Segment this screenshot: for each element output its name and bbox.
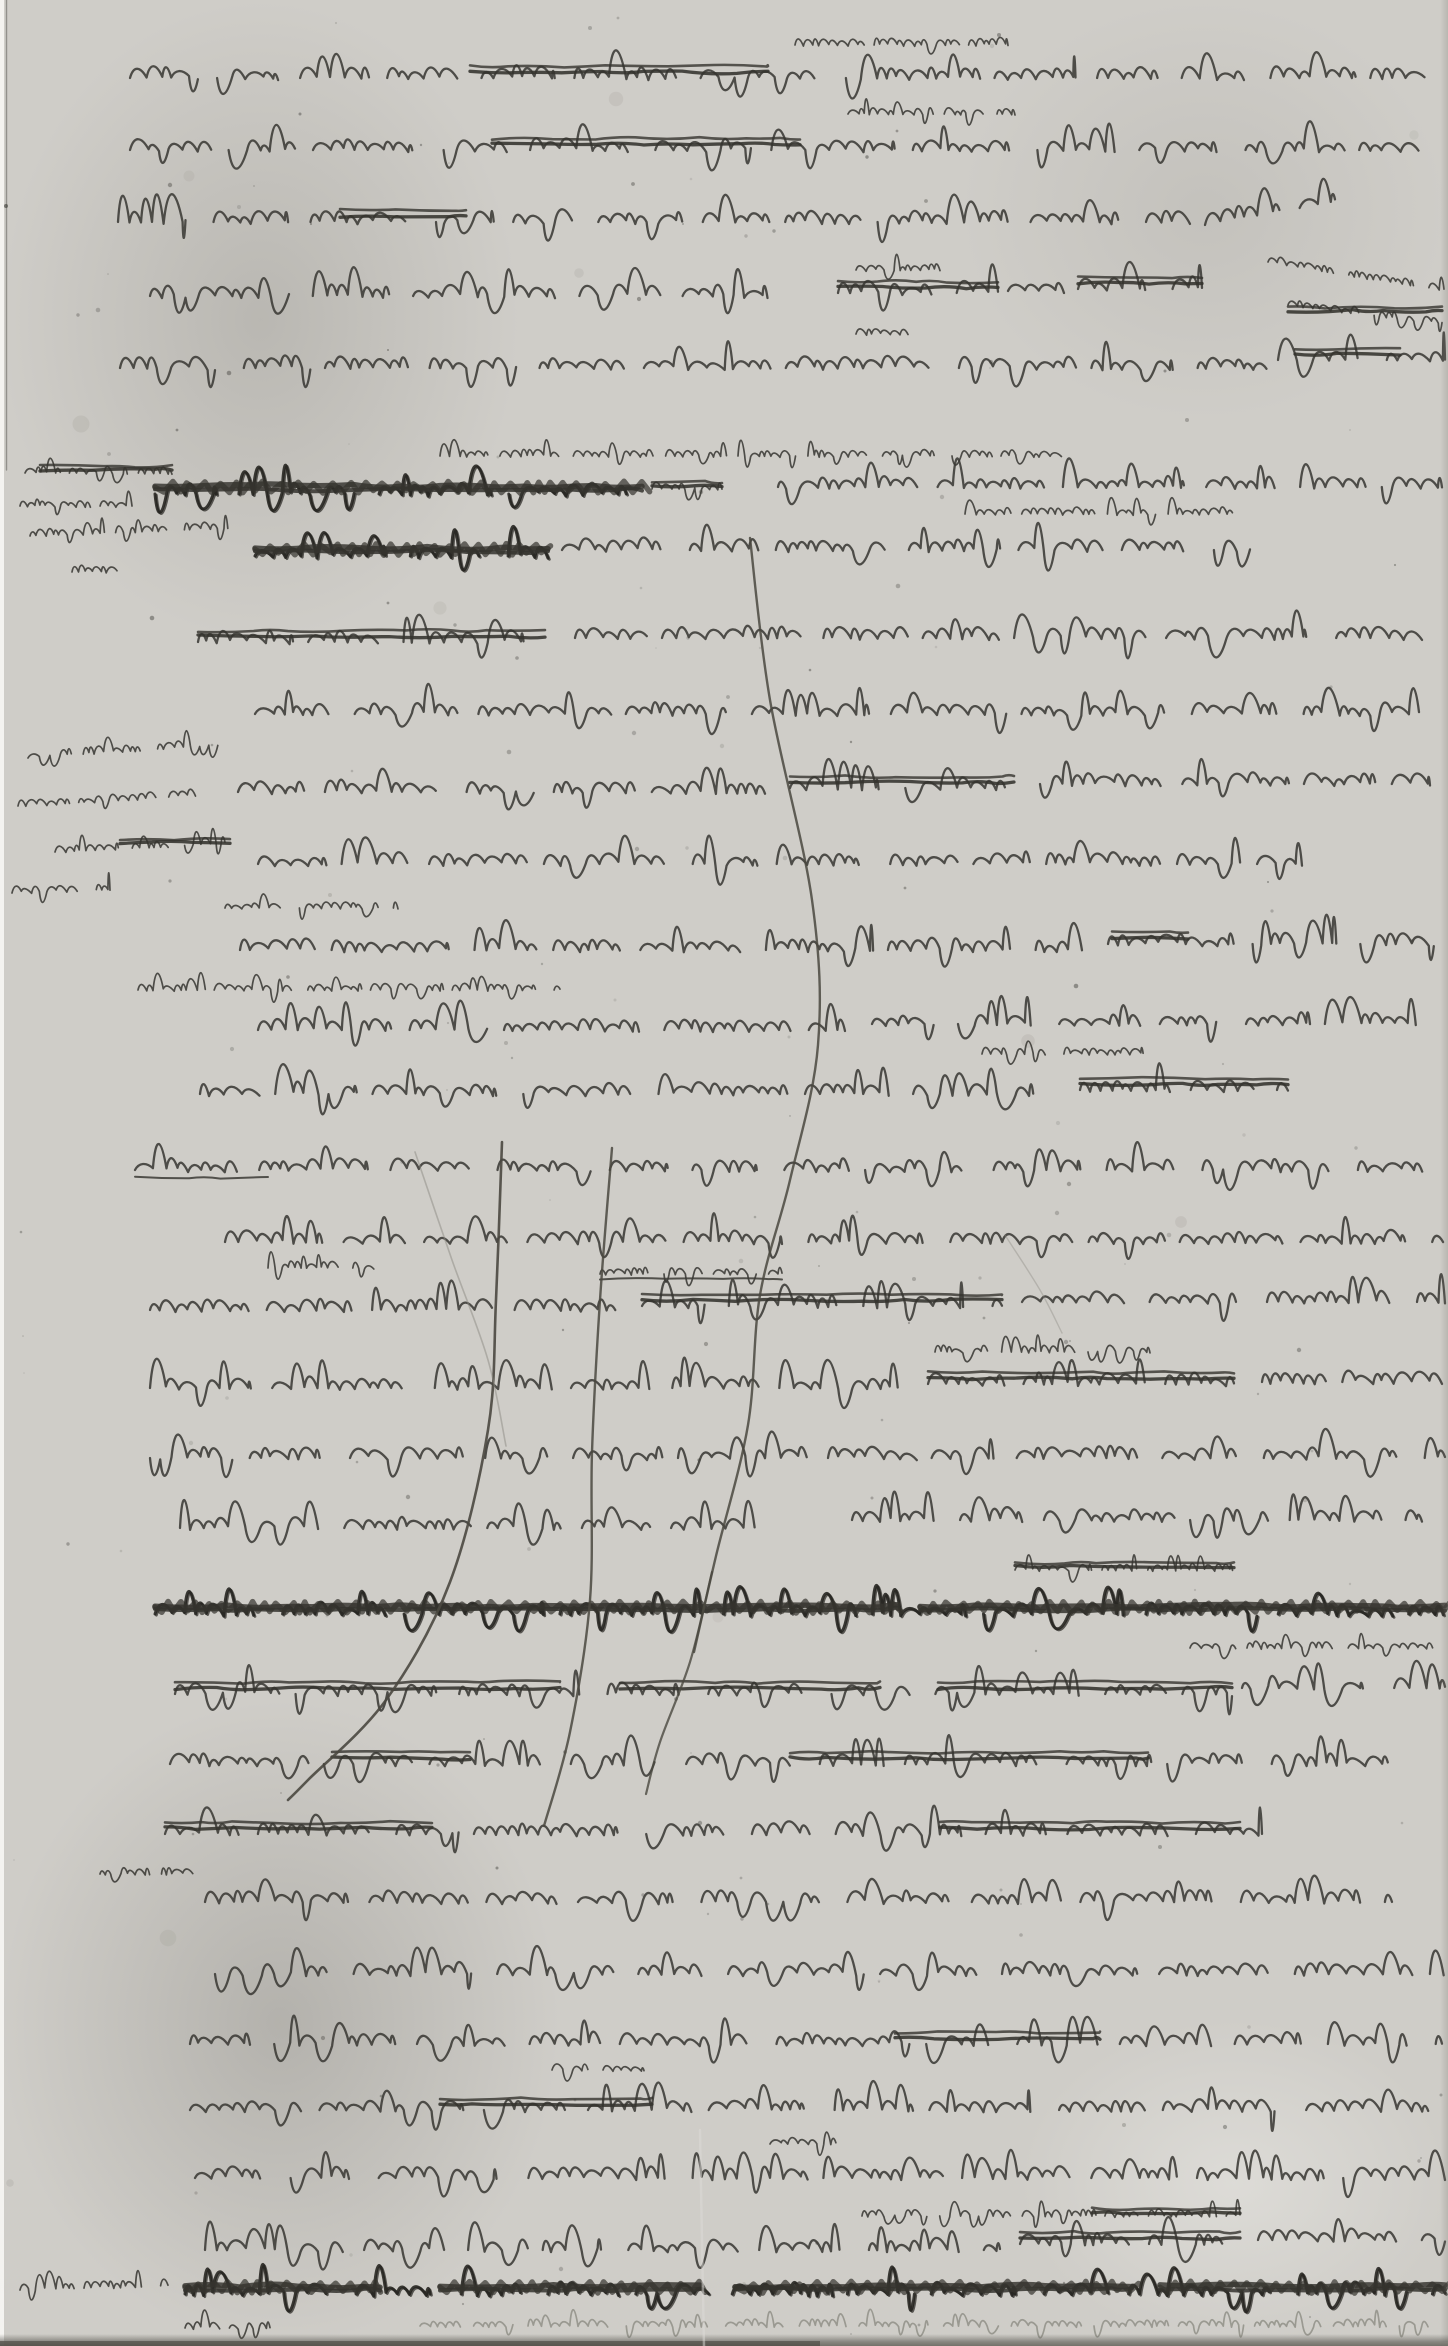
paper-speck xyxy=(1122,2123,1126,2127)
paper-speck xyxy=(1055,1211,1059,1215)
strikethrough-mark xyxy=(440,2104,652,2105)
paper-smudge xyxy=(574,268,584,278)
paper-speck xyxy=(1270,909,1273,912)
paper-speck xyxy=(871,1497,874,1500)
strikethrough-mark xyxy=(938,1687,1232,1690)
paper-speck xyxy=(707,1913,709,1915)
strikethrough-mark xyxy=(790,1751,1148,1753)
paper-smudge xyxy=(184,171,195,182)
paper-speck xyxy=(107,273,109,275)
paper-speck xyxy=(924,199,928,203)
paper-speck xyxy=(507,750,512,755)
strikethrough-mark xyxy=(1078,277,1202,279)
paper-speck xyxy=(225,1698,227,1700)
strikethrough-mark xyxy=(928,1371,1234,1373)
paper-speck xyxy=(1417,2159,1420,2162)
paper-speck xyxy=(690,1752,692,1754)
paper-speck xyxy=(640,587,643,590)
paper-speck xyxy=(632,731,636,735)
paper-smudge xyxy=(609,92,623,106)
paper-speck xyxy=(850,741,852,743)
paper-speck xyxy=(1167,1233,1172,1238)
paper-speck xyxy=(1247,2025,1251,2029)
paper-speck xyxy=(230,1047,234,1051)
paper-speck xyxy=(940,495,944,499)
paper-speck xyxy=(280,1792,282,1794)
paper-speck xyxy=(351,770,354,773)
paper-speck xyxy=(754,1216,757,1219)
paper-speck xyxy=(740,1877,743,1880)
paper-speck xyxy=(772,229,775,232)
paper-smudge xyxy=(73,416,90,433)
paper-speck xyxy=(685,846,688,849)
paper-speck xyxy=(904,887,907,890)
paper-speck xyxy=(96,308,101,313)
paper-speck xyxy=(588,26,592,30)
paper-speck xyxy=(527,1547,531,1551)
paper-speck xyxy=(22,1335,24,1337)
paper-speck xyxy=(192,1833,195,1836)
paper-speck xyxy=(655,647,657,649)
paper-speck xyxy=(515,656,519,660)
paper-speck xyxy=(20,1231,23,1234)
paper-speck xyxy=(726,695,730,699)
paper-speck xyxy=(310,223,312,225)
paper-speck xyxy=(194,2191,197,2194)
paper-speck xyxy=(335,22,337,24)
strikethrough-mark xyxy=(1015,1566,1234,1568)
paper-speck xyxy=(990,44,994,48)
paper-speck xyxy=(1222,1063,1224,1065)
paper-speck xyxy=(1311,1450,1314,1453)
paper-speck xyxy=(504,1041,508,1045)
paper-speck xyxy=(1297,1348,1301,1352)
paper-texture xyxy=(0,0,1448,2346)
paper-smudge xyxy=(433,601,446,614)
strikethrough-mark xyxy=(1112,937,1188,939)
paper-smudge xyxy=(1175,1216,1187,1228)
paper-speck xyxy=(881,1419,884,1422)
paper-speck xyxy=(1194,1589,1196,1591)
paper-speck xyxy=(349,2253,352,2256)
paper-speck xyxy=(720,744,724,748)
paper-speck xyxy=(1020,1903,1022,1905)
paper-speck xyxy=(483,1738,485,1740)
paper-speck xyxy=(406,1495,410,1499)
paper-speck xyxy=(387,602,390,605)
paper-speck xyxy=(997,33,1001,37)
light-patch xyxy=(1020,2020,1448,2346)
paper-speck xyxy=(1069,1340,1071,1342)
paper-speck xyxy=(1349,1583,1351,1585)
paper-speck xyxy=(321,2036,325,2040)
paper-speck xyxy=(227,371,232,376)
corner-shadow xyxy=(0,0,520,640)
paper-speck xyxy=(690,178,693,181)
paper-speck xyxy=(1267,881,1269,883)
strikethrough-mark xyxy=(332,1751,470,1752)
paper-speck xyxy=(788,1036,791,1039)
paper-speck xyxy=(856,1211,859,1214)
paper-speck xyxy=(1394,564,1396,566)
paper-speck xyxy=(1064,1340,1068,1344)
paper-speck xyxy=(436,1763,439,1766)
paper-speck xyxy=(744,234,747,237)
paper-speck xyxy=(896,130,899,133)
paper-speck xyxy=(1035,1650,1037,1652)
paper-speck xyxy=(559,2267,563,2271)
paper-speck xyxy=(348,443,350,445)
paper-speck xyxy=(635,847,639,851)
paper-speck xyxy=(637,297,641,301)
paper-speck xyxy=(497,456,500,459)
paper-speck xyxy=(286,975,290,979)
paper-speck xyxy=(120,1550,123,1553)
paper-speck xyxy=(562,1329,564,1331)
paper-speck xyxy=(511,1057,513,1059)
manuscript-page xyxy=(0,0,1448,2346)
manuscript-scan xyxy=(0,0,1448,2346)
paper-speck xyxy=(448,162,450,164)
paper-speck xyxy=(1242,1133,1245,1136)
paper-speck xyxy=(935,646,938,649)
paper-speck xyxy=(1067,1182,1071,1186)
paper-speck xyxy=(237,205,241,209)
paper-speck xyxy=(912,1277,916,1281)
paper-speck xyxy=(908,1322,910,1324)
paper-speck xyxy=(447,1022,449,1024)
paper-speck xyxy=(496,1867,499,1870)
paper-speck xyxy=(1354,1146,1357,1149)
paper-smudge xyxy=(1409,130,1418,139)
paper-speck xyxy=(211,744,214,747)
paper-speck xyxy=(107,452,111,456)
paper-speck xyxy=(23,1372,25,1374)
paper-speck xyxy=(176,429,179,432)
paper-speck xyxy=(1019,1933,1023,1937)
paper-speck xyxy=(617,17,620,20)
paper-speck xyxy=(1074,984,1079,989)
paper-speck xyxy=(1000,1889,1003,1892)
paper-speck xyxy=(76,313,79,316)
strikethrough-mark xyxy=(1112,932,1188,933)
paper-speck xyxy=(1401,1822,1404,1825)
strikethrough-mark xyxy=(492,143,800,145)
strikethrough-mark xyxy=(340,216,466,218)
paper-speck xyxy=(989,367,991,369)
paper-speck xyxy=(13,1859,15,1861)
paper-speck xyxy=(66,1542,69,1545)
paper-speck xyxy=(809,669,812,672)
paper-speck xyxy=(387,349,389,351)
paper-speck xyxy=(299,113,302,116)
paper-speck xyxy=(328,893,332,897)
paper-speck xyxy=(918,2324,921,2327)
paper-speck xyxy=(865,155,868,158)
paper-speck xyxy=(253,185,255,187)
paper-speck xyxy=(446,1089,448,1091)
edge-mark xyxy=(4,204,8,208)
scan-edge-right xyxy=(1440,0,1448,2346)
paper-speck xyxy=(150,616,155,621)
paper-speck xyxy=(759,647,761,649)
paper-speck xyxy=(356,1461,359,1464)
paper-speck xyxy=(1164,370,1167,373)
strikethrough-mark xyxy=(1078,282,1202,284)
paper-speck xyxy=(225,1396,229,1400)
paper-speck xyxy=(631,182,635,186)
paper-speck xyxy=(933,1589,936,1592)
paper-speck xyxy=(1185,418,1189,422)
paper-speck xyxy=(168,879,171,882)
paper-speck xyxy=(1223,2125,1227,2129)
strikethrough-mark xyxy=(642,1294,1002,1296)
paper-speck xyxy=(878,1981,879,1982)
paper-speck xyxy=(189,1441,193,1445)
paper-speck xyxy=(462,2303,464,2305)
strikethrough-mark xyxy=(1092,2212,1240,2214)
paper-smudge xyxy=(6,2179,14,2187)
strikethrough-mark xyxy=(198,635,545,638)
paper-speck xyxy=(1309,2316,1311,2318)
paper-speck xyxy=(783,856,788,861)
paper-speck xyxy=(739,1259,744,1264)
corner-shadow xyxy=(0,1700,560,2346)
paper-speck xyxy=(1257,1393,1259,1395)
paper-speck xyxy=(1420,2157,1422,2159)
paper-speck xyxy=(1056,1121,1060,1125)
paper-smudge xyxy=(160,1930,177,1947)
paper-speck xyxy=(453,623,456,626)
paper-speck xyxy=(420,144,422,146)
paper-speck xyxy=(978,1276,981,1279)
paper-speck xyxy=(682,223,684,225)
paper-speck xyxy=(818,1265,820,1267)
scan-edge-bottom-dark xyxy=(0,2341,820,2346)
paper-speck xyxy=(541,963,543,965)
corner-shadow xyxy=(960,0,1448,420)
strikethrough-mark xyxy=(492,137,800,140)
strikethrough-mark xyxy=(40,469,172,471)
scan-edge-bottom-light xyxy=(820,2342,1448,2346)
paper-speck xyxy=(1349,429,1351,431)
strikethrough-mark xyxy=(652,485,722,487)
paper-speck xyxy=(704,1342,708,1346)
strikethrough-mark xyxy=(1080,1083,1288,1085)
paper-speck xyxy=(789,1115,790,1116)
paper-speck xyxy=(896,584,901,589)
scan-edge-white xyxy=(0,0,4,2346)
paper-speck xyxy=(614,999,617,1002)
paper-speck xyxy=(549,1199,551,1201)
paper-speck xyxy=(983,1317,986,1320)
paper-speck xyxy=(1124,1263,1126,1265)
paper-speck xyxy=(168,183,172,187)
paper-speck xyxy=(1158,1845,1162,1849)
